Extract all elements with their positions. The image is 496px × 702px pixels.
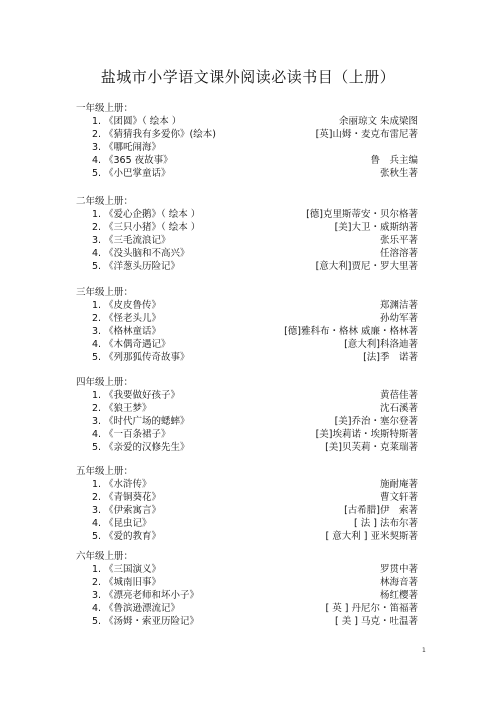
book-title: 《青铜葵花》 xyxy=(104,491,161,504)
list-item: 3.《格林童话》[德]雅科布・格林 威廉・格林著 xyxy=(76,325,418,338)
book-title: 《伊索寓言》 xyxy=(104,504,161,517)
book-title: 《列那狐传奇故事》 xyxy=(104,351,190,364)
list-item: 4.《没头脑和不高兴》任溶溶著 xyxy=(76,247,418,260)
list-item: 4.《鲁滨逊漂流记》[ 英 ] 丹尼尔・笛福著 xyxy=(76,602,418,615)
book-title: 《我要做好孩子》 xyxy=(104,389,180,402)
item-number: 1. xyxy=(92,563,101,576)
book-author: [英]山姆・麦克布雷尼著 xyxy=(316,128,418,141)
item-number: 3. xyxy=(92,141,101,154)
book-title: 《城南旧事》 xyxy=(104,576,161,589)
book-title: 《水浒传》 xyxy=(104,478,152,491)
book-title: 《时代广场的蟋蟀》 xyxy=(104,415,190,428)
book-author: [德]克里斯蒂安・贝尔格著 xyxy=(306,208,418,221)
section-heading: 二年级上册： xyxy=(76,195,418,208)
book-title: 《哪吒闹海》 xyxy=(104,141,161,154)
section-heading: 四年级上册： xyxy=(76,376,418,389)
item-number: 3. xyxy=(92,234,101,247)
section-grade-1: 一年级上册： 1.《团圆》（ 绘本 ）余丽琼文 朱成梁图 2.《猜猜我有多爱你》… xyxy=(76,102,418,180)
book-author: 沈石溪著 xyxy=(380,402,418,415)
section-grade-3: 三年级上册： 1.《皮皮鲁传》郑渊洁著 2.《怪老头儿》孙幼军著 3.《格林童话… xyxy=(76,286,418,364)
page-number: 1 xyxy=(422,647,426,654)
list-item: 2.《城南旧事》林海音著 xyxy=(76,576,418,589)
item-number: 2. xyxy=(92,402,101,415)
list-item: 5.《爱的教育》[ 意大利 ] 亚米契斯著 xyxy=(76,530,418,543)
book-title: 《小巴掌童话》 xyxy=(104,167,171,180)
list-item: 1.《水浒传》施耐庵著 xyxy=(76,478,418,491)
item-number: 5. xyxy=(92,530,101,543)
list-item: 4.《365 夜故事》鲁 兵主编 xyxy=(76,154,418,167)
book-author: 施耐庵著 xyxy=(380,478,418,491)
item-number: 2. xyxy=(92,576,101,589)
book-title: 《一百条裙子》 xyxy=(104,428,171,441)
book-title: 《狼王梦》 xyxy=(104,402,152,415)
list-item: 3.《伊索寓言》[古希腊]伊 索著 xyxy=(76,504,418,517)
list-item: 2.《狼王梦》沈石溪著 xyxy=(76,402,418,415)
list-item: 3.《哪吒闹海》 xyxy=(76,141,418,154)
book-title: 《格林童话》 xyxy=(104,325,161,338)
book-author: [ 英 ] 丹尼尔・笛福著 xyxy=(326,602,418,615)
item-number: 1. xyxy=(92,389,101,402)
book-author: [法]季 诺著 xyxy=(363,351,418,364)
book-title: 《鲁滨逊漂流记》 xyxy=(104,602,180,615)
item-number: 4. xyxy=(92,338,101,351)
list-item: 3.《三毛流浪记》张乐平著 xyxy=(76,234,418,247)
item-number: 5. xyxy=(92,167,101,180)
book-title: 《亲爱的汉修先生》 xyxy=(104,441,190,454)
book-author: [美]贝芙莉・克莱瑞著 xyxy=(325,441,418,454)
book-title: 《没头脑和不高兴》 xyxy=(104,247,190,260)
section-heading: 五年级上册： xyxy=(76,465,418,478)
book-author: [美]埃莉诺・埃斯特斯著 xyxy=(316,428,418,441)
list-item: 3.《时代广场的蟋蟀》[美]乔治・塞尔登著 xyxy=(76,415,418,428)
item-number: 3. xyxy=(92,415,101,428)
book-author: 罗贯中著 xyxy=(380,563,418,576)
item-number: 4. xyxy=(92,517,101,530)
section-grade-4: 四年级上册： 1.《我要做好孩子》黄蓓佳著 2.《狼王梦》沈石溪著 3.《时代广… xyxy=(76,376,418,454)
book-title: 《怪老头儿》 xyxy=(104,312,161,325)
book-author: 林海音著 xyxy=(380,576,418,589)
list-item: 1.《我要做好孩子》黄蓓佳著 xyxy=(76,389,418,402)
book-author: [意大利]科洛迪著 xyxy=(344,338,418,351)
list-item: 5.《列那狐传奇故事》[法]季 诺著 xyxy=(76,351,418,364)
list-item: 5.《亲爱的汉修先生》[美]贝芙莉・克莱瑞著 xyxy=(76,441,418,454)
book-title: 《漂亮老师和坏小子》 xyxy=(104,589,199,602)
list-item: 5.《汤姆・索亚历险记》[ 美 ] 马克・吐温著 xyxy=(76,615,418,628)
book-title: 《爱心企鹅》（ 绘本 ） xyxy=(104,208,200,221)
list-item: 2.《猜猜我有多爱你》(绘本)[英]山姆・麦克布雷尼著 xyxy=(76,128,418,141)
item-number: 4. xyxy=(92,602,101,615)
book-title: 《三只小猪》（ 绘本 ） xyxy=(104,221,200,234)
book-author: [美]大卫・威斯纳著 xyxy=(335,221,418,234)
list-item: 4.《木偶奇遇记》[意大利]科洛迪著 xyxy=(76,338,418,351)
section-heading: 三年级上册： xyxy=(76,286,418,299)
book-title: 《365 夜故事》 xyxy=(104,154,173,167)
book-author: 任溶溶著 xyxy=(380,247,418,260)
book-author: [ 美 ] 马克・吐温著 xyxy=(335,615,418,628)
book-title: 《昆虫记》 xyxy=(104,517,152,530)
list-item: 4.《一百条裙子》[美]埃莉诺・埃斯特斯著 xyxy=(76,428,418,441)
book-author: 张乐平著 xyxy=(380,234,418,247)
book-title: 《木偶奇遇记》 xyxy=(104,338,171,351)
book-title: 《皮皮鲁传》 xyxy=(104,299,161,312)
section-heading: 六年级上册： xyxy=(76,550,418,563)
list-item: 5.《小巴掌童话》张秋生著 xyxy=(76,167,418,180)
item-number: 2. xyxy=(92,312,101,325)
book-author: 孙幼军著 xyxy=(380,312,418,325)
item-number: 3. xyxy=(92,325,101,338)
book-title: 《三国演义》 xyxy=(104,563,161,576)
item-number: 5. xyxy=(92,441,101,454)
section-grade-5: 五年级上册： 1.《水浒传》施耐庵著 2.《青铜葵花》曹文轩著 3.《伊索寓言》… xyxy=(76,465,418,543)
item-number: 1. xyxy=(92,208,101,221)
book-author: [ 法 ] 法布尔著 xyxy=(354,517,418,530)
document-title: 盐城市小学语文课外阅读必读书目（上册） xyxy=(0,66,496,87)
item-number: 1. xyxy=(92,115,101,128)
section-grade-6: 六年级上册： 1.《三国演义》罗贯中著 2.《城南旧事》林海音著 3.《漂亮老师… xyxy=(76,550,418,628)
book-author: [美]乔治・塞尔登著 xyxy=(335,415,418,428)
list-item: 2.《怪老头儿》孙幼军著 xyxy=(76,312,418,325)
item-number: 5. xyxy=(92,615,101,628)
book-author: 曹文轩著 xyxy=(380,491,418,504)
book-author: [意大利]贾尼・罗大里著 xyxy=(316,260,418,273)
book-author: 鲁 兵主编 xyxy=(370,154,418,167)
item-number: 3. xyxy=(92,589,101,602)
item-number: 1. xyxy=(92,478,101,491)
list-item: 1.《皮皮鲁传》郑渊洁著 xyxy=(76,299,418,312)
item-number: 5. xyxy=(92,351,101,364)
item-number: 2. xyxy=(92,128,101,141)
list-item: 1.《三国演义》罗贯中著 xyxy=(76,563,418,576)
item-number: 4. xyxy=(92,247,101,260)
book-author: 余丽琼文 朱成梁图 xyxy=(339,115,418,128)
book-title: 《猜猜我有多爱你》(绘本) xyxy=(104,128,216,141)
item-number: 2. xyxy=(92,491,101,504)
item-number: 4. xyxy=(92,154,101,167)
list-item: 4.《昆虫记》[ 法 ] 法布尔著 xyxy=(76,517,418,530)
book-author: 张秋生著 xyxy=(380,167,418,180)
item-number: 3. xyxy=(92,504,101,517)
list-item: 3.《漂亮老师和坏小子》杨红樱著 xyxy=(76,589,418,602)
item-number: 1. xyxy=(92,299,101,312)
book-author: [古希腊]伊 索著 xyxy=(344,504,418,517)
list-item: 1.《团圆》（ 绘本 ）余丽琼文 朱成梁图 xyxy=(76,115,418,128)
item-number: 2. xyxy=(92,221,101,234)
section-grade-2: 二年级上册： 1.《爱心企鹅》（ 绘本 ）[德]克里斯蒂安・贝尔格著 2.《三只… xyxy=(76,195,418,273)
book-title: 《洋葱头历险记》 xyxy=(104,260,180,273)
list-item: 5.《洋葱头历险记》[意大利]贾尼・罗大里著 xyxy=(76,260,418,273)
book-author: 黄蓓佳著 xyxy=(380,389,418,402)
item-number: 4. xyxy=(92,428,101,441)
book-author: [德]雅科布・格林 威廉・格林著 xyxy=(284,325,418,338)
book-title: 《爱的教育》 xyxy=(104,530,161,543)
book-title: 《三毛流浪记》 xyxy=(104,234,171,247)
section-heading: 一年级上册： xyxy=(76,102,418,115)
list-item: 2.《青铜葵花》曹文轩著 xyxy=(76,491,418,504)
item-number: 5. xyxy=(92,260,101,273)
book-author: [ 意大利 ] 亚米契斯著 xyxy=(326,530,418,543)
book-author: 杨红樱著 xyxy=(380,589,418,602)
list-item: 1.《爱心企鹅》（ 绘本 ）[德]克里斯蒂安・贝尔格著 xyxy=(76,208,418,221)
book-title: 《团圆》（ 绘本 ） xyxy=(104,115,181,128)
list-item: 2.《三只小猪》（ 绘本 ）[美]大卫・威斯纳著 xyxy=(76,221,418,234)
book-title: 《汤姆・索亚历险记》 xyxy=(104,615,199,628)
book-author: 郑渊洁著 xyxy=(380,299,418,312)
